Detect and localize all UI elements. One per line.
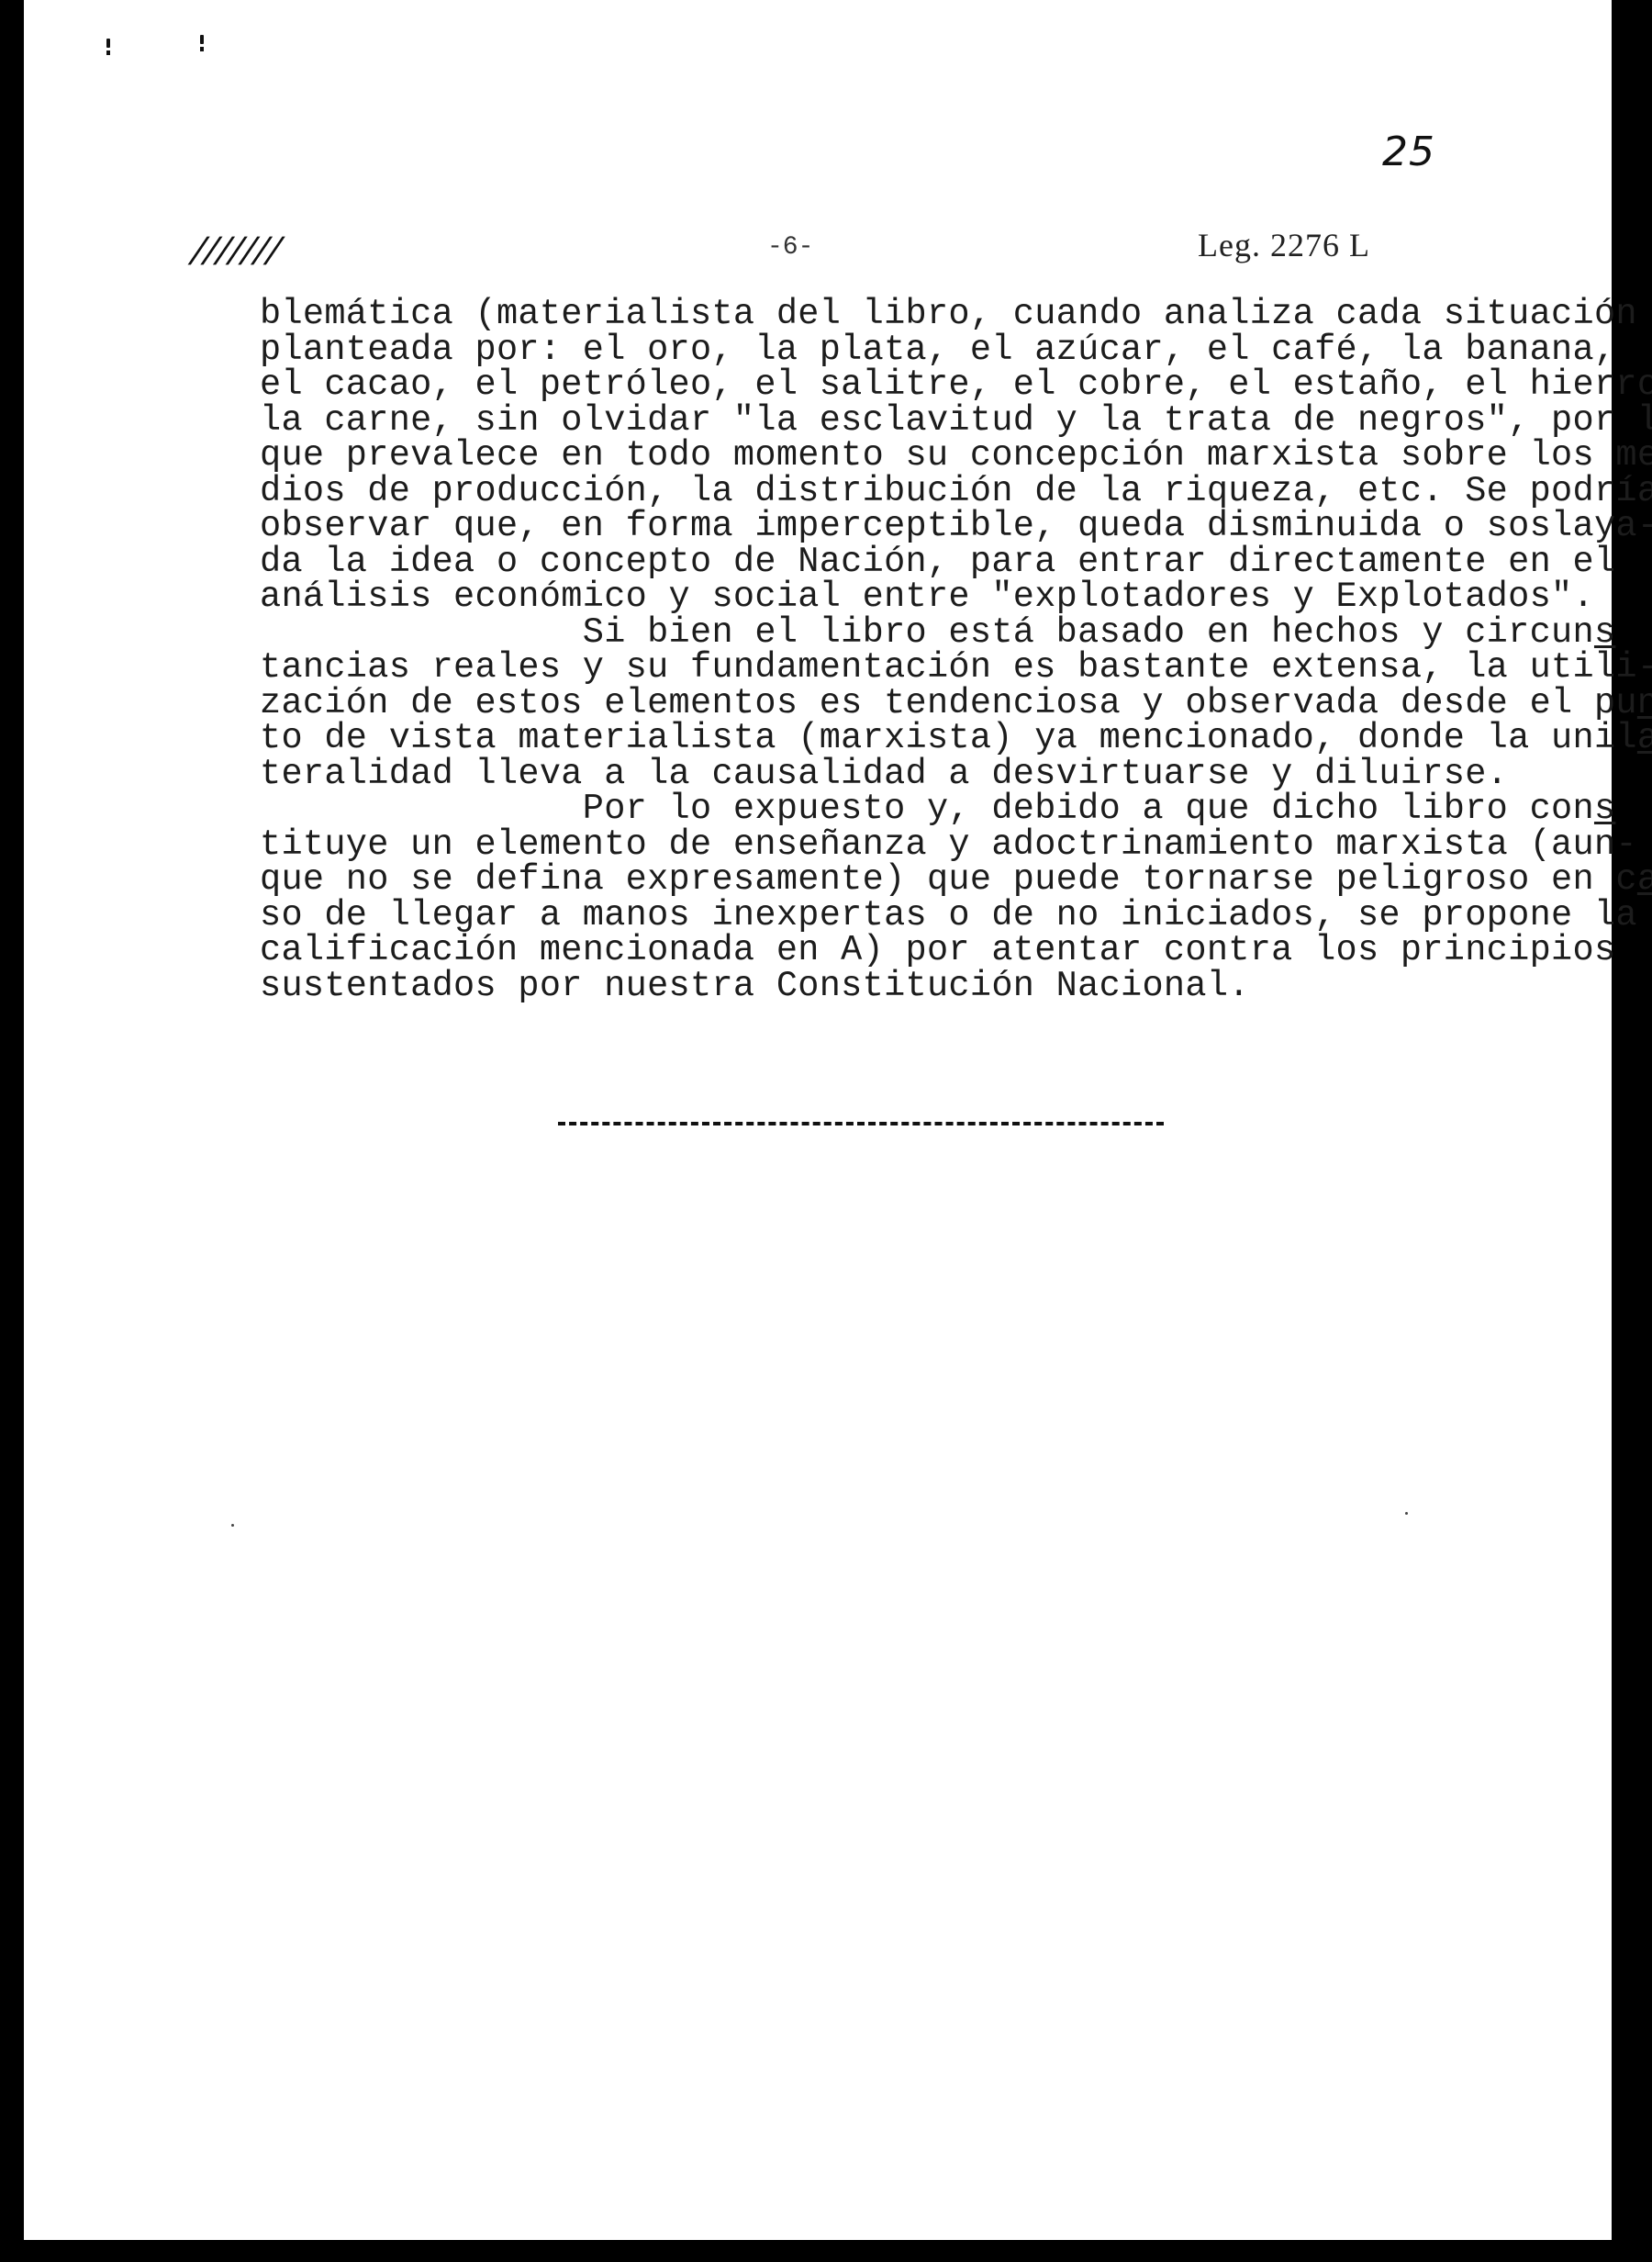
binder-hole-mark-right [200,35,204,44]
text-line: tituye un elemento de enseñanza y adoctr… [260,827,1563,863]
page-header: /////// -6- Leg. 2276 L [24,220,1612,275]
text-line: da la idea o concepto de Nación, para en… [260,544,1563,580]
continuation-slashes: /////// [188,230,285,274]
text-line: so de llegar a manos inexpertas o de no … [260,898,1563,934]
text-line: dios de producción, la distribución de l… [260,474,1563,510]
text-line: zación de estos elementos es tendenciosa… [260,686,1563,722]
page-number: -6- [767,233,813,262]
text-line: que prevalece en todo momento su concepc… [260,438,1563,474]
text-line: calificación mencionada en A) por atenta… [260,933,1563,969]
text-line: el cacao, el petróleo, el salitre, el co… [260,367,1563,403]
text-line: observar que, en forma imperceptible, qu… [260,509,1563,544]
underlined-hyphenation-letter: s [1594,612,1615,653]
underlined-hyphenation-letter: n [1637,683,1652,723]
handwritten-folio-number: 25 [1382,129,1435,175]
text-line: Si bien el libro está basado en hechos y… [260,615,1563,651]
document-page: 25 /////// -6- Leg. 2276 L blemática (ma… [24,0,1612,2240]
text-line: to de vista materialista (marxista) ya m… [260,721,1563,756]
scan-speck [231,1524,234,1527]
binder-hole-mark-left [106,39,110,48]
text-line: tancias reales y su fundamentación es ba… [260,650,1563,686]
text-line: blemática (materialista del libro, cuand… [260,297,1563,332]
closing-dashed-rule [558,1122,1164,1125]
body-text: blemática (materialista del libro, cuand… [260,297,1563,1003]
text-line: que no se defina expresamente) que puede… [260,862,1563,898]
scan-speck [1405,1512,1408,1515]
underlined-hyphenation-letter: a [1637,718,1652,758]
text-line: sustentados por nuestra Constitución Nac… [260,969,1563,1004]
text-line: análisis económico y social entre "explo… [260,579,1563,615]
text-line: teralidad lleva a la causalidad a desvir… [260,756,1563,792]
legajo-reference: Leg. 2276 L [1198,226,1370,264]
text-line: la carne, sin olvidar "la esclavitud y l… [260,403,1563,439]
text-line: Por lo expuesto y, debido a que dicho li… [260,791,1563,827]
underlined-hyphenation-letter: a [1637,859,1652,900]
underlined-hyphenation-letter: s [1594,789,1615,829]
text-line: planteada por: el oro, la plata, el azúc… [260,332,1563,368]
